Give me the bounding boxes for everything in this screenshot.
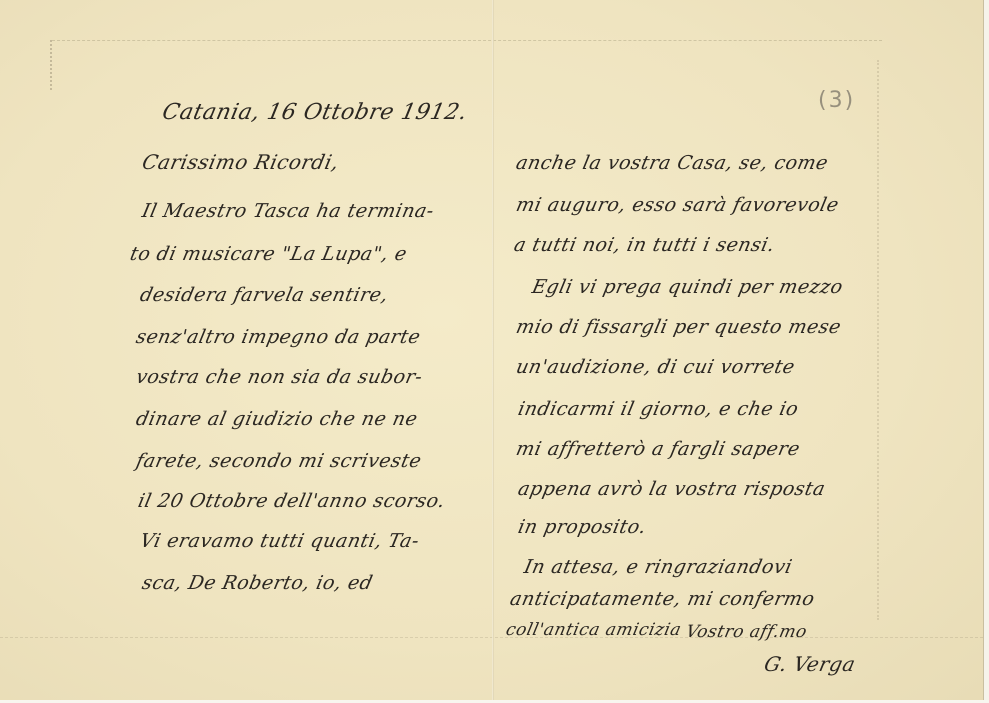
- plate-mark-top: [52, 40, 882, 42]
- letter-line: anche la vostra Casa, se, come: [514, 152, 830, 174]
- letter-line: dinare al giudizio che ne ne: [134, 408, 420, 430]
- letter-line: vostra che non sia da subor-: [134, 366, 425, 388]
- center-fold: [492, 0, 494, 700]
- letter-line: senz'altro impegno da parte: [134, 326, 423, 348]
- letter-line: il 20 Ottobre dell'anno scorso.: [136, 490, 447, 512]
- page-number-mark: (3): [818, 88, 855, 113]
- letter-line: anticipatamente, mi confermo: [508, 588, 817, 610]
- letter-line: sca, De Roberto, io, ed: [140, 572, 375, 594]
- letter-line: to di musicare "La Lupa", e: [128, 243, 409, 265]
- letter-line: mi auguro, esso sarà favorevole: [514, 194, 841, 216]
- plate-mark-left: [50, 40, 53, 90]
- letter-line: mi affretterò a fargli sapere: [514, 438, 802, 460]
- letter-line: appena avrò la vostra risposta: [516, 478, 827, 500]
- letter-line: mio di fissargli per questo mese: [514, 316, 843, 338]
- letter-line: desidera farvela sentire,: [138, 284, 390, 306]
- letter-line: a tutti noi, in tutti i sensi.: [512, 234, 777, 256]
- letter-line: in proposito.: [516, 516, 648, 538]
- letter-line: coll'antica amicizia: [504, 620, 683, 640]
- letter-line: farete, secondo mi scriveste: [134, 450, 424, 472]
- salutation: Carissimo Ricordi,: [140, 150, 341, 174]
- paper-edge-right: [983, 0, 989, 703]
- letter-line: indicarmi il giorno, e che io: [516, 398, 801, 420]
- letter-line: Vi eravamo tutti quanti, Ta-: [138, 530, 421, 552]
- dateline: Catania, 16 Ottobre 1912.: [160, 100, 470, 125]
- plate-mark-right: [877, 60, 880, 620]
- letter-line: In attesa, e ringraziandovi: [522, 556, 794, 578]
- letter-line: Il Maestro Tasca ha termina-: [140, 200, 436, 222]
- signature: G. Verga: [762, 652, 858, 676]
- closing: Vostro aff.mo: [684, 622, 809, 642]
- letter-line: un'audizione, di cui vorrete: [514, 356, 797, 378]
- letter-line: Egli vi prega quindi per mezzo: [530, 276, 845, 298]
